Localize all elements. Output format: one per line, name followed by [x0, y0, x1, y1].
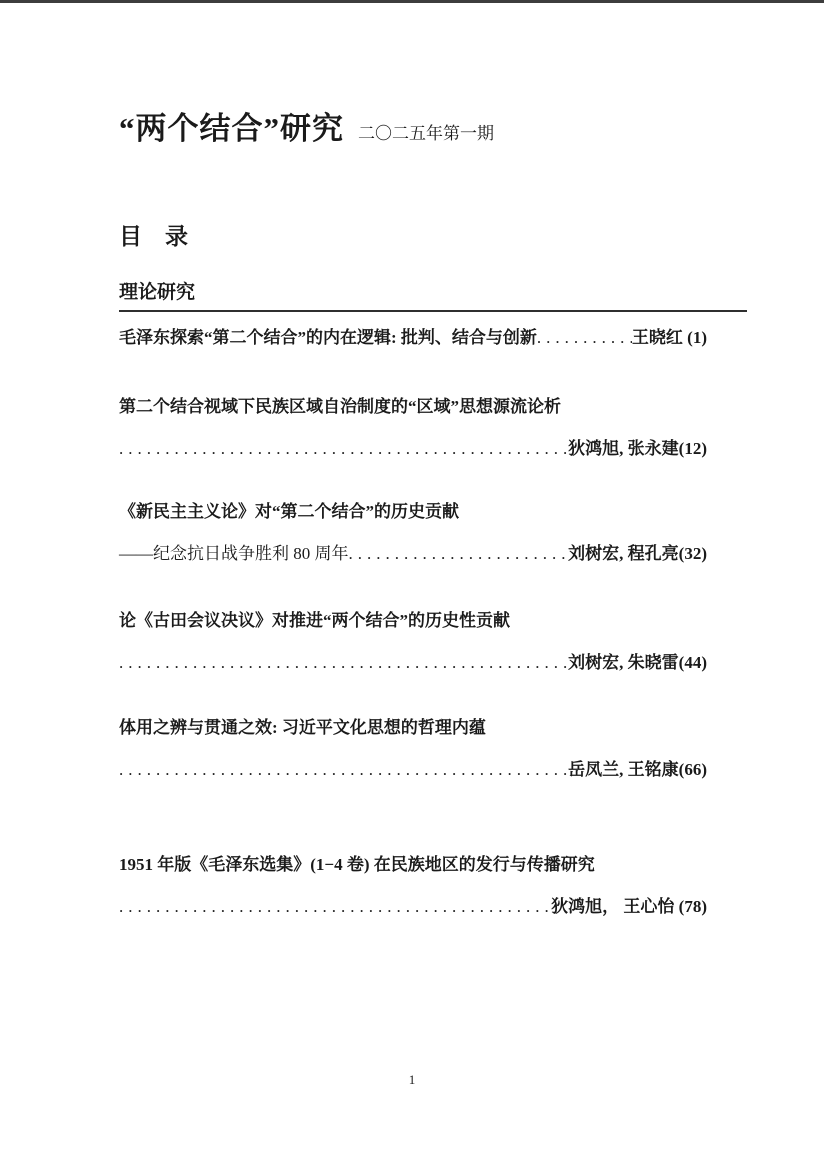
entry-authors-page: 狄鸿旭， 王心怡 (78) — [551, 895, 707, 918]
section-title: 理论研究 — [119, 277, 747, 304]
entry-title: 体用之辨与贯通之效: 习近平文化思想的哲理内蕴 — [119, 716, 486, 739]
entry-title: 毛泽东探索“第二个结合”的内在逻辑: 批判、结合与创新 — [119, 326, 537, 349]
entry-title: 《新民主主义论》对“第二个结合”的历史贡献 — [119, 500, 459, 523]
toc-entry: 体用之辨与贯通之效: 习近平文化思想的哲理内蕴 ................… — [119, 716, 707, 781]
page-content: “两个结合”研究 二〇二五年第一期 目 录 理论研究 毛泽东探索“第二个结合”的… — [119, 3, 747, 918]
entry-authors-page: 王晓红 (1) — [632, 326, 707, 349]
toc-list: 毛泽东探索“第二个结合”的内在逻辑: 批判、结合与创新 ............… — [119, 326, 707, 918]
entry-title: 论《古田会议决议》对推进“两个结合”的历史性贡献 — [119, 609, 510, 632]
dot-leader: ........................................… — [119, 895, 551, 918]
entry-title: 第二个结合视域下民族区域自治制度的“区域”思想源流论析 — [119, 395, 561, 418]
dot-leader: ........................................… — [119, 651, 568, 674]
toc-header: 目 录 — [119, 218, 747, 251]
toc-entry: 毛泽东探索“第二个结合”的内在逻辑: 批判、结合与创新 ............… — [119, 326, 707, 349]
entry-authors-page: 狄鸿旭, 张永建(12) — [568, 437, 707, 460]
dot-leader: ........................................… — [119, 758, 568, 781]
entry-title: 1951 年版《毛泽东选集》(1−4 卷) 在民族地区的发行与传播研究 — [119, 853, 595, 876]
section-rule — [119, 310, 747, 312]
document-page: “两个结合”研究 二〇二五年第一期 目 录 理论研究 毛泽东探索“第二个结合”的… — [0, 0, 824, 1170]
journal-issue: 二〇二五年第一期 — [358, 124, 494, 143]
dot-leader: ........................................… — [349, 542, 569, 565]
entry-authors-page: 刘树宏, 朱晓雷(44) — [568, 651, 707, 674]
toc-entry: 《新民主主义论》对“第二个结合”的历史贡献 ——纪念抗日战争胜利 80 周年 .… — [119, 500, 707, 565]
toc-entry: 第二个结合视域下民族区域自治制度的“区域”思想源流论析 ............… — [119, 395, 707, 460]
dot-leader: ........................................… — [537, 326, 632, 349]
toc-entry: 1951 年版《毛泽东选集》(1−4 卷) 在民族地区的发行与传播研究 ....… — [119, 853, 707, 918]
page-number: 1 — [0, 1072, 824, 1088]
dot-leader: ........................................… — [119, 437, 568, 460]
entry-authors-page: 刘树宏, 程孔亮(32) — [568, 542, 707, 565]
journal-title: “两个结合”研究 — [119, 111, 344, 146]
journal-title-line: “两个结合”研究 二〇二五年第一期 — [119, 103, 747, 148]
entry-authors-page: 岳凤兰, 王铭康(66) — [568, 758, 707, 781]
entry-subtitle: ——纪念抗日战争胜利 80 周年 — [119, 542, 349, 565]
toc-entry: 论《古田会议决议》对推进“两个结合”的历史性贡献 ...............… — [119, 609, 707, 674]
